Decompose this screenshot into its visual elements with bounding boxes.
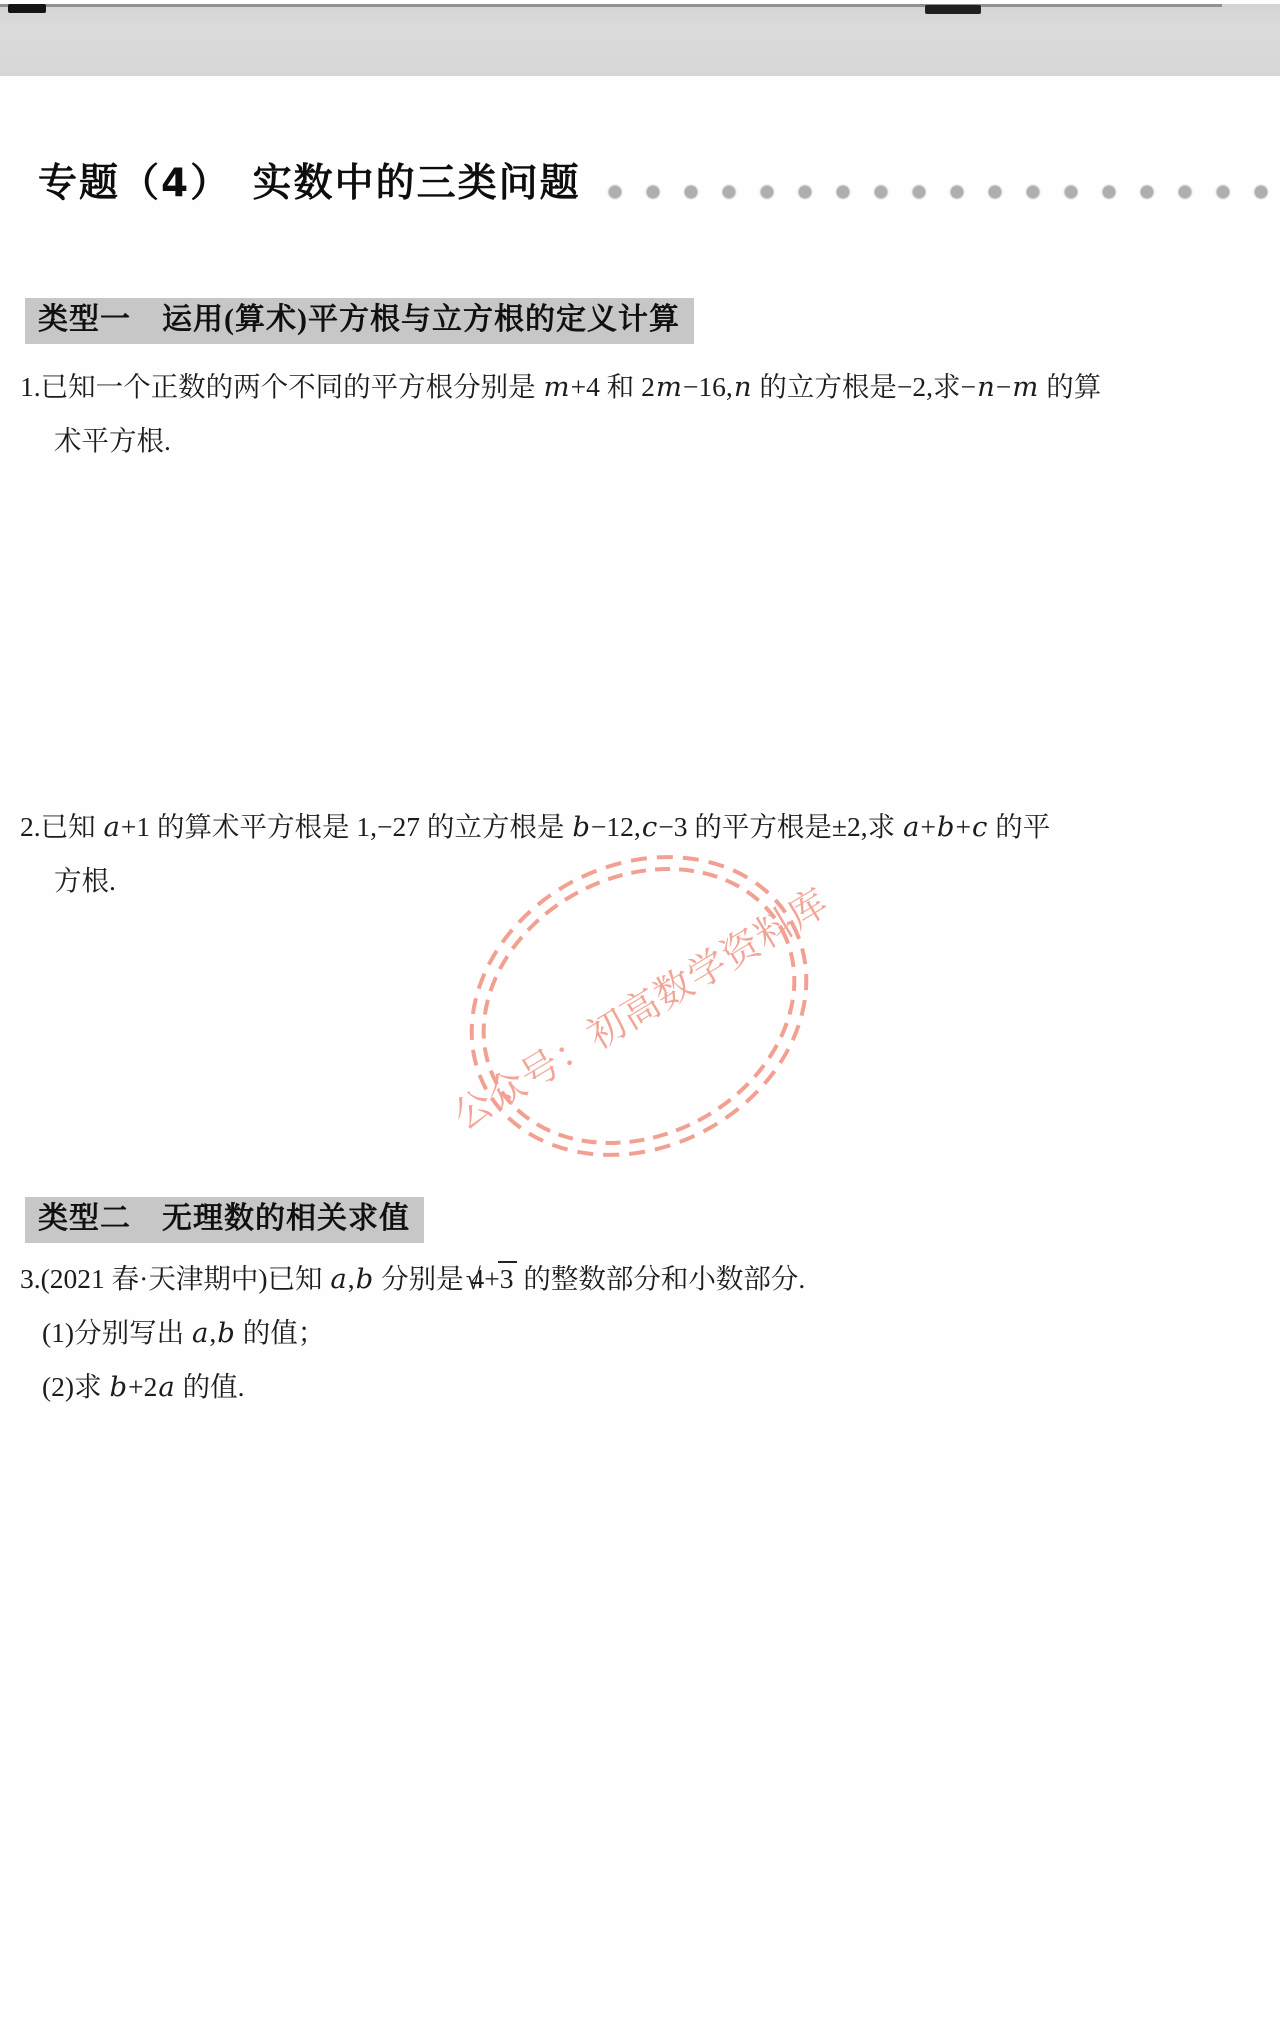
scan-top-edge-line: [0, 4, 1222, 7]
section-header-type-2: 类型二 无理数的相关求值: [25, 1197, 424, 1243]
problem-line: 方根.: [54, 854, 1280, 907]
page-title: 专题（4） 实数中的三类问题: [38, 162, 581, 206]
worksheet-page: 专题（4） 实数中的三类问题 类型一 运用(算术)平方根与立方根的定义计算 1.…: [0, 0, 1280, 2025]
problem-1: 1.已知一个正数的两个不同的平方根分别是 m+4 和 2m−16,n 的立方根是…: [20, 360, 1280, 467]
problem-subitem-1: (1)分别写出 a,b 的值；: [42, 1306, 1280, 1360]
problem-line: 术平方根.: [54, 414, 1280, 467]
problem-text: (2021 春·天津期中)已知 a,b 分别是 4+√3 的整数部分和小数部分.: [41, 1263, 806, 1294]
scan-artifact-dash-mid: [925, 5, 981, 14]
problem-text: 已知 a+1 的算术平方根是 1,−27 的立方根是 b−12,c−3 的平方根…: [41, 811, 1051, 842]
watermark-text: 公众号：初高数学资料库: [441, 872, 837, 1140]
problem-line: 3.(2021 春·天津期中)已知 a,b 分别是 4+√3 的整数部分和小数部…: [54, 1252, 1280, 1306]
problem-number: 1.: [20, 371, 41, 402]
problem-number: 2.: [20, 811, 41, 842]
problem-line: 1.已知一个正数的两个不同的平方根分别是 m+4 和 2m−16,n 的立方根是…: [54, 360, 1280, 414]
scan-artifact-dash-left: [8, 4, 46, 13]
problem-text: 已知一个正数的两个不同的平方根分别是 m+4 和 2m−16,n 的立方根是−2…: [41, 371, 1102, 402]
scan-top-band: [0, 4, 1280, 76]
problem-number: 3.: [20, 1263, 41, 1294]
sqrt-radical: √3: [500, 1263, 517, 1294]
problem-2: 2.已知 a+1 的算术平方根是 1,−27 的立方根是 b−12,c−3 的平…: [20, 800, 1280, 907]
problem-3: 3.(2021 春·天津期中)已知 a,b 分别是 4+√3 的整数部分和小数部…: [20, 1252, 1280, 1414]
section-header-type-1: 类型一 运用(算术)平方根与立方根的定义计算: [25, 298, 694, 344]
problem-line: 2.已知 a+1 的算术平方根是 1,−27 的立方根是 b−12,c−3 的平…: [54, 800, 1280, 854]
problem-subitem-2: (2)求 b+2a 的值.: [42, 1360, 1280, 1414]
dotted-rule-decoration: [606, 183, 1278, 201]
